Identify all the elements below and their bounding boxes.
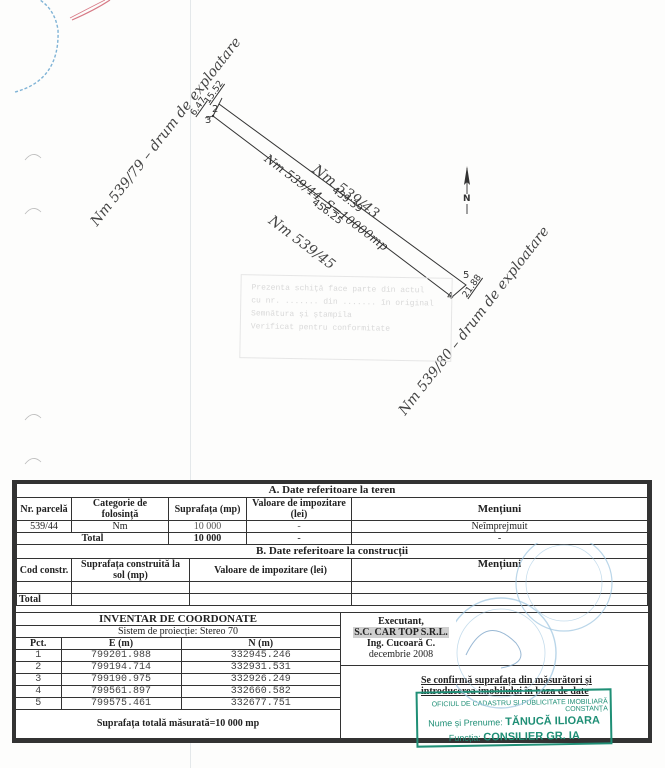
executant-engineer: Ing. Cucoară C.	[341, 638, 461, 649]
cell-pct: 4	[16, 686, 61, 698]
stamp-function-label: Funcția:	[449, 733, 481, 744]
cell-e: 799194.714	[61, 662, 181, 674]
north-arrow-icon	[464, 166, 470, 214]
section-a-table: A. Date referitoare la teren Nr. parcelă…	[16, 483, 648, 545]
cell-n: 332926.249	[181, 674, 340, 686]
stamp-header: OFICIUL DE CADASTRU ȘI PUBLICITATE IMOBI…	[418, 698, 610, 715]
stamp-name-value: TĂNUCĂ ILIOARA	[505, 715, 600, 729]
cell-cod	[17, 582, 72, 594]
coordinate-table: Pct. E (m) N (m) 1 799201.988 332945.246…	[16, 637, 340, 710]
header-suprafata-constr: Suprafața construită la sol (mp)	[72, 559, 190, 582]
total-row: Total 10 000 - -	[17, 533, 648, 545]
stamp-name-row: Nume și Prenume: TĂNUCĂ ILIOARA	[418, 714, 610, 729]
section-a-title: A. Date referitoare la teren	[17, 484, 648, 498]
header-valoare-constr: Valoare de impozitare (lei)	[190, 559, 352, 582]
stamp-name-label: Nume și Prenume:	[428, 717, 503, 728]
cell-categorie: Nm	[72, 521, 169, 533]
table-row: 4 799561.897 332660.582	[16, 686, 340, 698]
cadastral-form: A. Date referitoare la teren Nr. parcelă…	[12, 480, 652, 743]
total-mentiuni: -	[352, 533, 648, 545]
cell-nr: 539/44	[17, 521, 72, 533]
header-n: N (m)	[181, 638, 340, 650]
executant-company: S.C. CAR TOP S.R.L.	[353, 627, 449, 638]
total-label: Total	[17, 533, 169, 545]
ocpi-stamp: OFICIUL DE CADASTRU ȘI PUBLICITATE IMOBI…	[416, 688, 613, 747]
point-label-2: 2	[212, 104, 218, 115]
total-surface: Suprafața totală măsurată=10 000 mp	[16, 718, 340, 729]
total-row: Total	[17, 594, 648, 606]
table-row: 5 799575.461 332677.751	[16, 698, 340, 710]
header-nr-parcela: Nr. parcelă	[17, 498, 72, 521]
cell-n: 332660.582	[181, 686, 340, 698]
faded-stamp-line: Verificat pentru conformitate	[251, 320, 441, 336]
sketch-drawing	[0, 0, 665, 470]
section-b-title: B. Date referitoare la construcții	[17, 545, 648, 559]
north-label: N	[463, 194, 471, 204]
blue-stamp-fragment	[15, 0, 58, 92]
header-e: E (m)	[61, 638, 181, 650]
cell-pct: 3	[16, 674, 61, 686]
cell-pct: 1	[16, 650, 61, 662]
table-row: 539/44 Nm 10 000 - Neîmprejmuit	[17, 521, 648, 533]
cell-valoare-constr	[190, 582, 352, 594]
cell-suprafata: 10 000	[169, 521, 247, 533]
total-label-b: Total	[17, 594, 72, 606]
header-mentiuni: Mențiuni	[352, 498, 648, 521]
cell-pct: 5	[16, 698, 61, 710]
cell-mentiuni: Neîmprejmuit	[352, 521, 648, 533]
table-row: 2 799194.714 332931.531	[16, 662, 340, 674]
cell-pct: 2	[16, 662, 61, 674]
cadastral-sketch: Nm 539/79 – drum de exploatare Nm 539/43…	[0, 0, 665, 470]
cell-e: 799561.897	[61, 686, 181, 698]
section-b-table: B. Date referitoare la construcții Cod c…	[16, 544, 648, 606]
total-valoare: -	[247, 533, 352, 545]
cell-n: 332931.531	[181, 662, 340, 674]
cell-suprafata-constr	[72, 582, 190, 594]
red-stamp-fragment	[72, 0, 110, 20]
header-pct: Pct.	[16, 638, 61, 650]
table-row	[17, 582, 648, 594]
point-label-3: 3	[205, 115, 211, 126]
cell-n: 332677.751	[181, 698, 340, 710]
inventory-title: INVENTAR DE COORDONATE	[16, 613, 340, 626]
header-valoare: Valoare de impozitare (lei)	[247, 498, 352, 521]
total-suprafata: 10 000	[169, 533, 247, 545]
header-suprafata: Suprafața (mp)	[169, 498, 247, 521]
cell-mentiuni-constr	[352, 582, 648, 594]
cell-n: 332945.246	[181, 650, 340, 662]
coordinate-inventory: INVENTAR DE COORDONATE Sistem de proiecț…	[16, 613, 341, 740]
cell-valoare: -	[247, 521, 352, 533]
executant-date: decembrie 2008	[341, 649, 461, 660]
table-row: 1 799201.988 332945.246	[16, 650, 340, 662]
cell-e: 799575.461	[61, 698, 181, 710]
point-label-5: 5	[463, 270, 469, 281]
header-cod: Cod constr.	[17, 559, 72, 582]
cell-e: 799201.988	[61, 650, 181, 662]
table-row: 3 799190.975 332926.249	[16, 674, 340, 686]
header-mentiuni-constr: Mențiuni	[352, 559, 648, 582]
confirmation-line-1: Se confirmă suprafața din măsurători și	[421, 675, 592, 686]
cell-e: 799190.975	[61, 674, 181, 686]
stamp-function-value: CONSILIER GR. IA	[483, 730, 580, 744]
executant-label: Executant,	[341, 616, 461, 627]
stamp-function-row: Funcția: CONSILIER GR. IA	[418, 729, 610, 744]
lower-section: INVENTAR DE COORDONATE Sistem de proiecț…	[16, 612, 648, 740]
executant-box: Executant, S.C. CAR TOP S.R.L. Ing. Cuco…	[341, 613, 648, 666]
signatures-area: Executant, S.C. CAR TOP S.R.L. Ing. Cuco…	[341, 613, 648, 740]
header-categorie: Categorie de folosință	[72, 498, 169, 521]
faded-stamp: Prezenta schiță face parte din actul cu …	[239, 274, 452, 362]
